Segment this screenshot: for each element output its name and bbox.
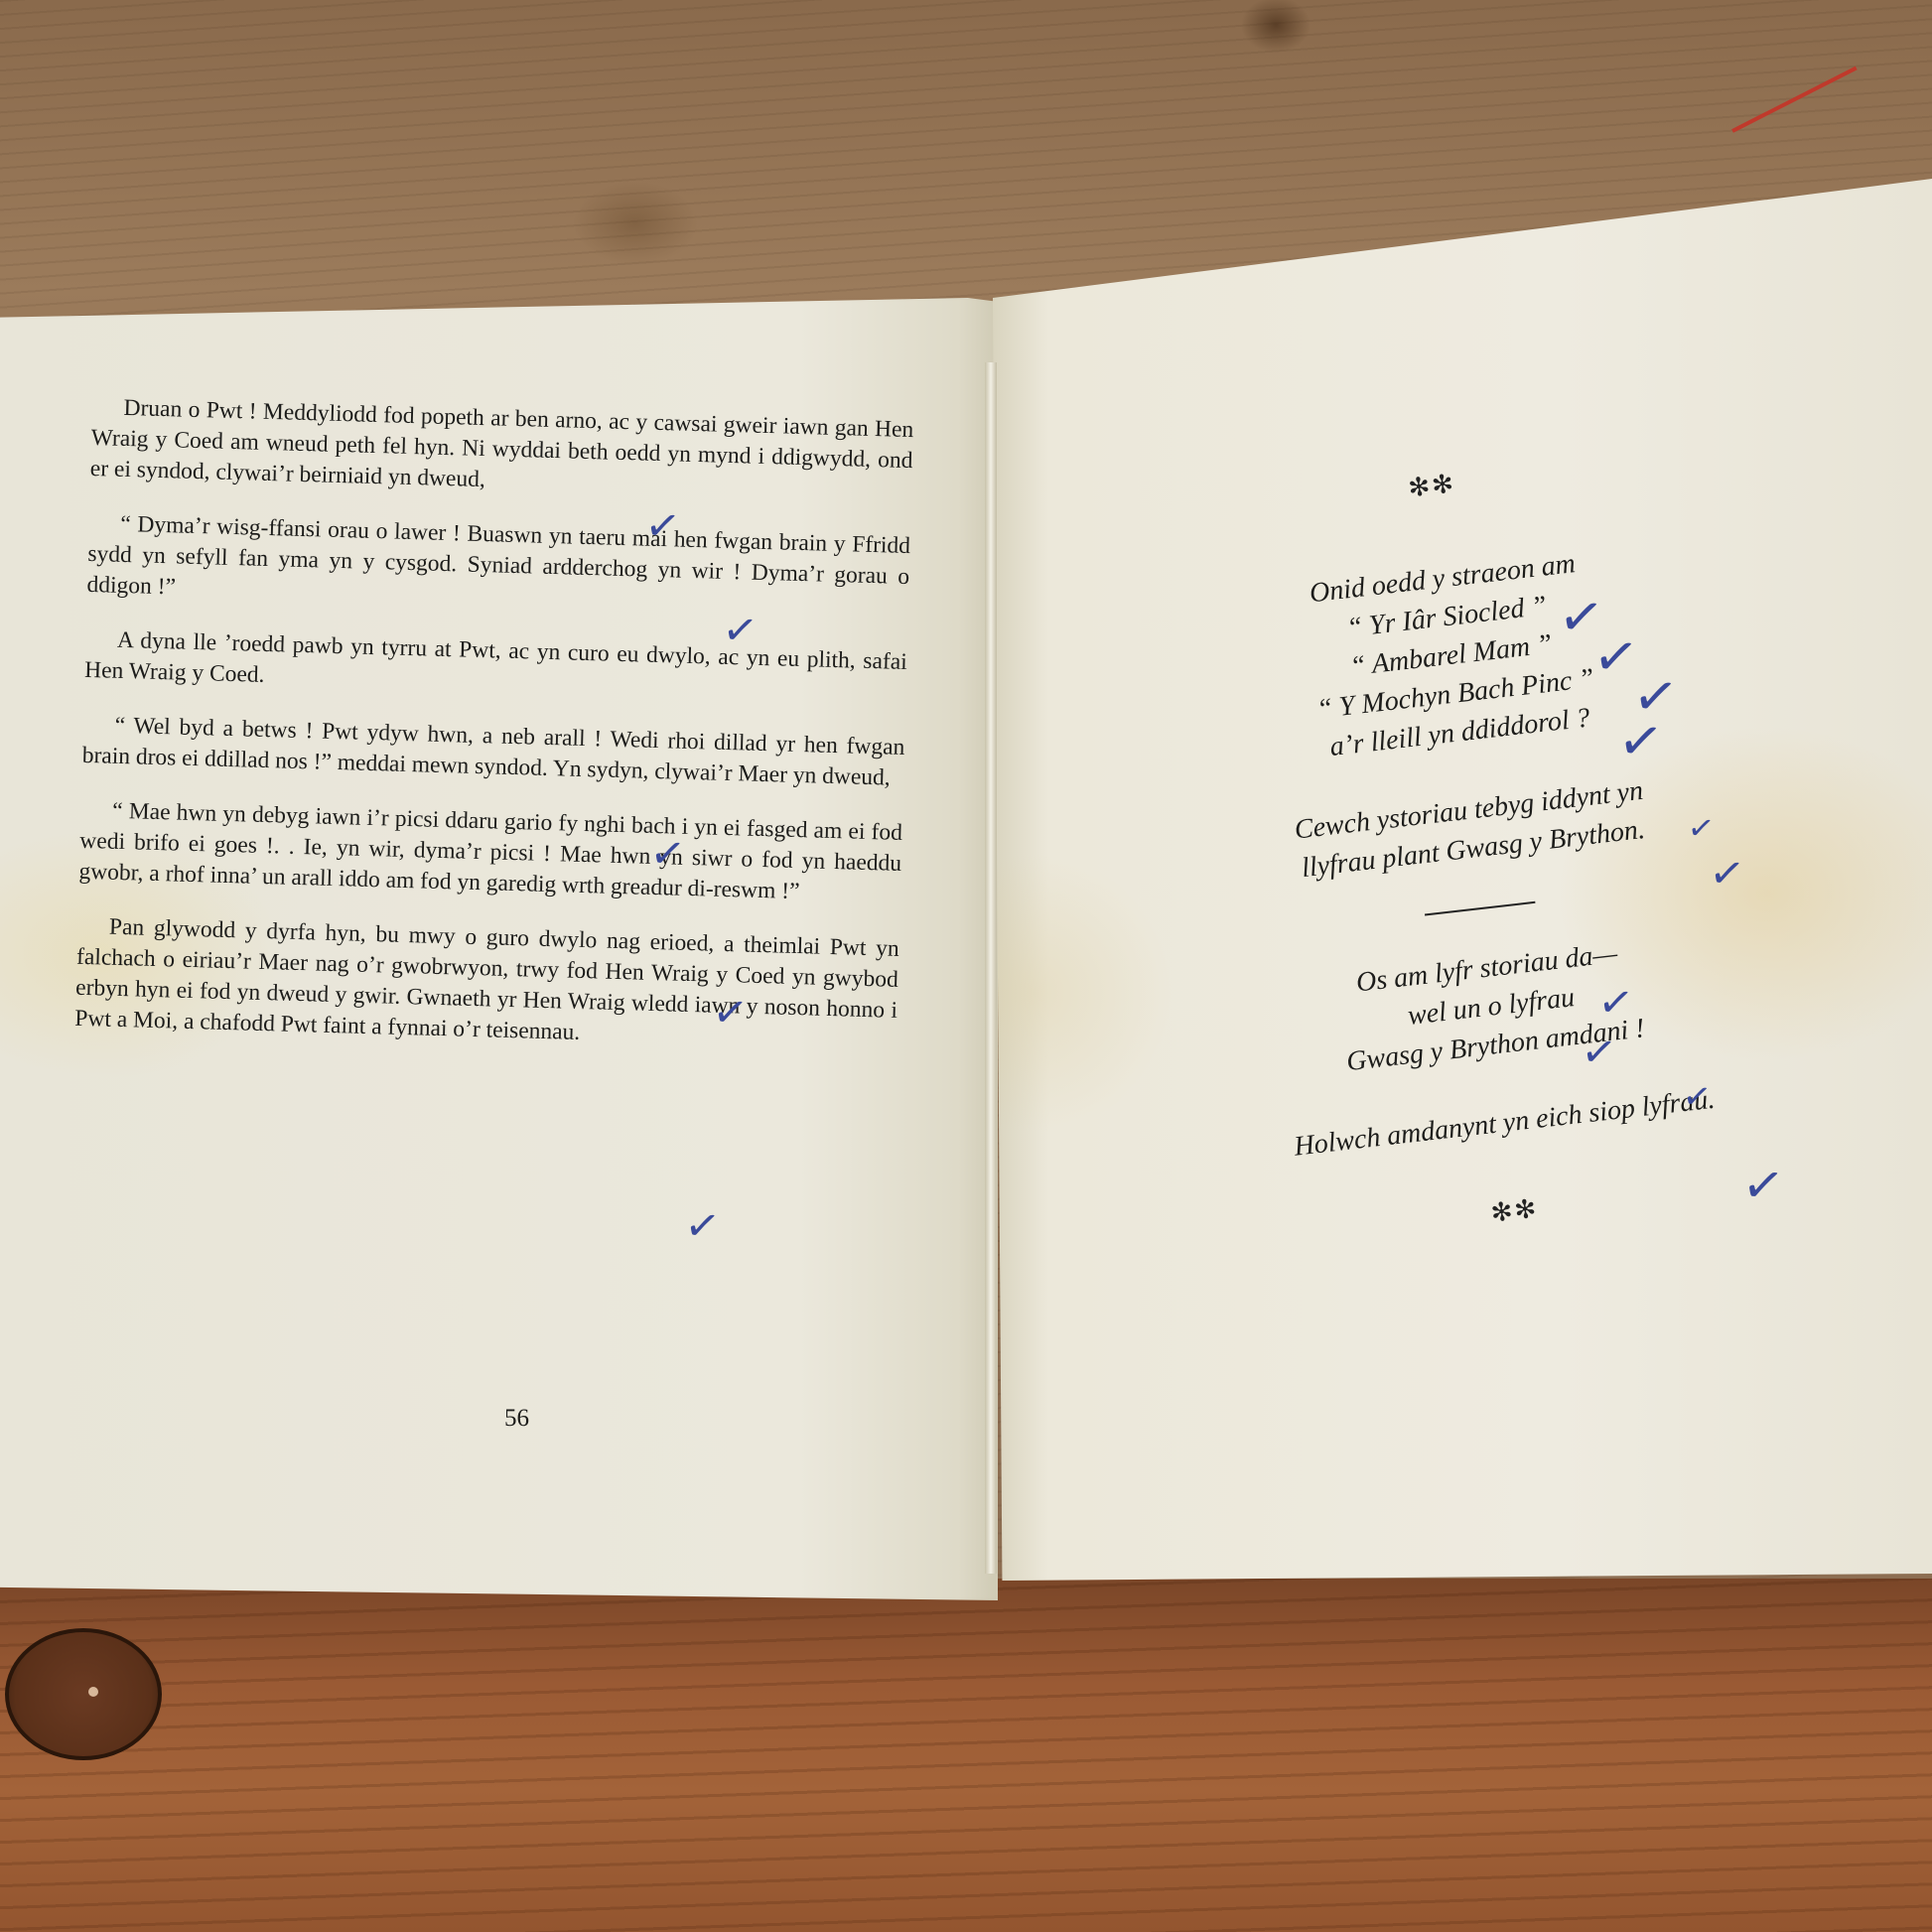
check-mark-icon: ✓ [642,499,684,552]
check-mark-icon: ✓ [1738,1154,1788,1216]
divider-rule [1425,901,1536,916]
paragraph: “ Wel byd a betws ! Pwt ydyw hwn, a neb … [81,710,904,794]
red-pen-mark [1731,67,1858,133]
check-mark-icon: ✓ [1680,1075,1714,1119]
check-mark-icon: ✓ [682,1199,724,1252]
check-mark-icon: ✓ [710,986,752,1038]
wooden-table-lower [0,1579,1932,1932]
check-mark-icon: ✓ [1595,976,1637,1029]
paragraph: Pan glywodd y dyrfa hyn, bu mwy o guro d… [74,911,899,1057]
paragraph: “ Dyma’r wisg-ffansi orau o lawer ! Buas… [86,508,910,623]
paragraph: “ Mae hwn yn debyg iawn i’r picsi ddaru … [78,795,902,910]
check-mark-icon: ✓ [1685,807,1717,848]
check-mark-icon: ✓ [1707,847,1748,899]
wood-knot [5,1628,162,1760]
check-mark-icon: ✓ [1579,1026,1620,1078]
check-mark-icon: ✓ [1614,707,1668,775]
book-spine [985,362,997,1574]
check-mark-icon: ✓ [720,604,761,656]
publisher-block: Os am lyfr storiau da— wel un o lyfrau G… [1228,919,1754,1093]
check-mark-icon: ✓ [647,827,689,880]
left-page-text: Druan o Pwt ! Meddyliodd fod popeth ar b… [73,392,913,1081]
right-page-text: ✻✻ Onid oedd y straeon am “ Yr Iâr Siocl… [1173,438,1773,1260]
page-number: 56 [504,1405,529,1433]
similar-stories-block: Cewch ystoriau tebyg iddynt yn llyfrau p… [1210,761,1731,897]
paragraph: A dyna lle ’roedd pawb yn tyrru at Pwt, … [84,624,907,709]
